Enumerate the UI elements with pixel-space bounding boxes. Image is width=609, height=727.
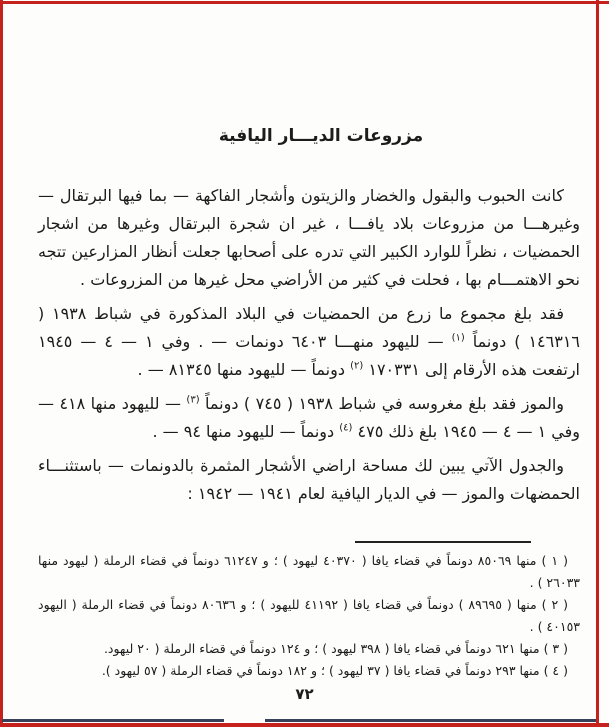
bottom-rule-left (2, 719, 224, 722)
paragraph-banana-area: والموز فقد بلغ مغروسه في شباط ١٩٣٨ ( ٧٤٥… (38, 390, 580, 446)
footnotes: ( ١ ) منها ٨٥٠٦٩ دونماً في قضاء يافا ( ٤… (38, 550, 580, 682)
footnote-marker-ref: (٣) (186, 395, 199, 406)
page-title: مزروعات الديـــار اليافية (50, 126, 592, 146)
text-run: والموز فقد بلغ مغروسه في شباط ١٩٣٨ ( ٧٤٥… (200, 394, 564, 413)
scan-border-left (0, 0, 3, 727)
bottom-rule-right (265, 719, 596, 722)
paragraph-intro: كانت الحبوب والبقول والخضار والزيتون وأش… (38, 182, 580, 294)
footnote-text: منها ( ٨٩٦٩٥ ) دونماً في قضاء يافا ( ٤١١… (38, 597, 580, 634)
footnote-3: ( ٣ ) منها ٦٢١ دونماً في قضاء يافا ( ٣٩٨… (38, 638, 580, 660)
footnote-4: ( ٤ ) منها ٢٩٣ دونماً في قضاء يافا ( ٣٧ … (38, 660, 580, 682)
paragraph-citrus-area: فقد بلغ مجموع ما زرع من الحمضيات في البل… (38, 300, 580, 384)
footnote-2: ( ٢ ) منها ( ٨٩٦٩٥ ) دونماً في قضاء يافا… (38, 594, 580, 638)
footnote-text: منها ٦٢١ دونماً في قضاء يافا ( ٣٩٨ ليهود… (104, 641, 544, 656)
scan-border-top (0, 1, 609, 4)
footnote-1: ( ١ ) منها ٨٥٠٦٩ دونماً في قضاء يافا ( ٤… (38, 550, 580, 594)
text-run: كانت الحبوب والبقول والخضار والزيتون وأش… (38, 186, 580, 289)
body-text: كانت الحبوب والبقول والخضار والزيتون وأش… (38, 182, 580, 514)
scan-border-bottom (0, 723, 609, 727)
footnote-marker-ref: (٢) (350, 361, 363, 372)
footnote-text: منها ٢٩٣ دونماً في قضاء يافا ( ٣٧ ليهود … (102, 663, 544, 678)
footnote-number: ( ٣ ) (544, 641, 568, 656)
footnote-marker-ref: (١) (452, 333, 465, 344)
footnote-number: ( ٢ ) (542, 597, 568, 612)
text-run: دونماً — لليهود منها ٩٤ — . (152, 422, 339, 441)
footnote-number: ( ٤ ) (544, 663, 568, 678)
scan-border-right (596, 0, 599, 727)
page-number: ٧٢ (0, 685, 609, 703)
scanned-book-page: مزروعات الديـــار اليافية كانت الحبوب وا… (0, 0, 609, 727)
text-run: دونماً — لليهود منها ٨١٣٤٥ — . (138, 360, 351, 379)
footnote-text: منها ٨٥٠٦٩ دونماً في قضاء يافا ( ٤٠٣٧٠ ل… (38, 553, 580, 590)
text-run: والجدول الآتي يبين لك مساحة اراضي الأشجا… (38, 456, 580, 503)
footnote-marker-ref: (٤) (339, 423, 352, 434)
footnote-separator-rule (355, 541, 531, 543)
paragraph-table-intro: والجدول الآتي يبين لك مساحة اراضي الأشجا… (38, 452, 580, 508)
footnote-number: ( ١ ) (541, 553, 568, 568)
